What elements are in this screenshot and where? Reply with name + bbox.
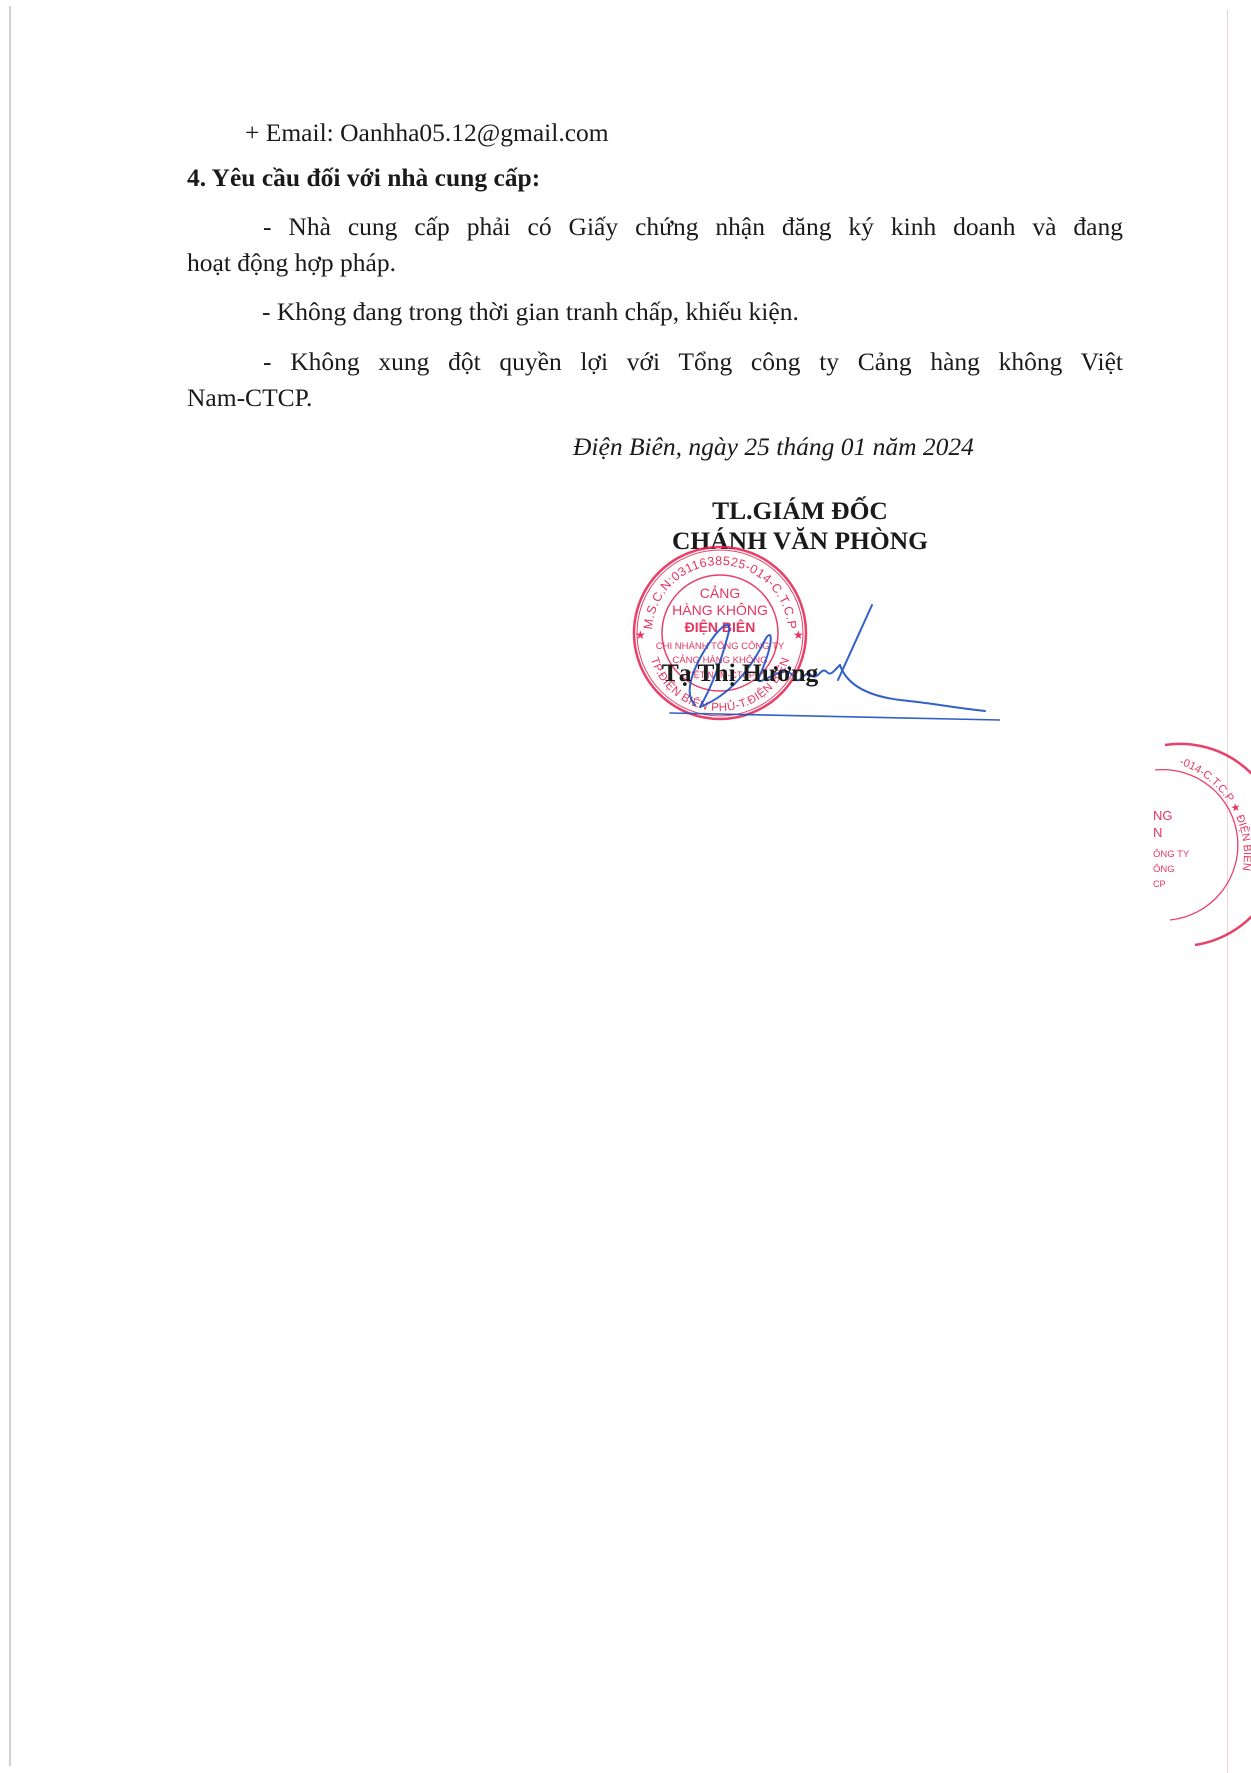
signature-title-line1: TL.GIÁM ĐỐC bbox=[600, 496, 1000, 526]
section-heading: 4. Yêu cầu đối với nhà cung cấp: bbox=[187, 163, 540, 193]
svg-text:ÔNG: ÔNG bbox=[1153, 864, 1175, 875]
signer-name: Tạ Thị Hương bbox=[620, 658, 860, 688]
place-date: Điện Biên, ngày 25 tháng 01 năm 2024 bbox=[573, 432, 974, 462]
svg-text:CP: CP bbox=[1153, 879, 1166, 889]
requirement-1-line1: - Nhà cung cấp phải có Giấy chứng nhận đ… bbox=[187, 212, 1123, 242]
partial-stamp-fragment: -014-C.T.C.P ★ ĐIỆN BIÊN NG N ÔNG TY ÔNG… bbox=[1150, 740, 1251, 950]
scan-edge-left bbox=[9, 6, 11, 1766]
requirement-3-line2: Nam-CTCP. bbox=[187, 383, 312, 413]
svg-text:NG: NG bbox=[1153, 808, 1173, 823]
requirement-2: - Không đang trong thời gian tranh chấp,… bbox=[262, 297, 799, 327]
requirement-3-line1: - Không xung đột quyền lợi với Tổng công… bbox=[187, 347, 1123, 377]
svg-text:ÔNG TY: ÔNG TY bbox=[1153, 849, 1190, 860]
svg-text:N: N bbox=[1153, 825, 1162, 840]
email-line: + Email: Oanhha05.12@gmail.com bbox=[245, 118, 609, 148]
requirement-1-line2: hoạt động hợp pháp. bbox=[187, 248, 396, 278]
